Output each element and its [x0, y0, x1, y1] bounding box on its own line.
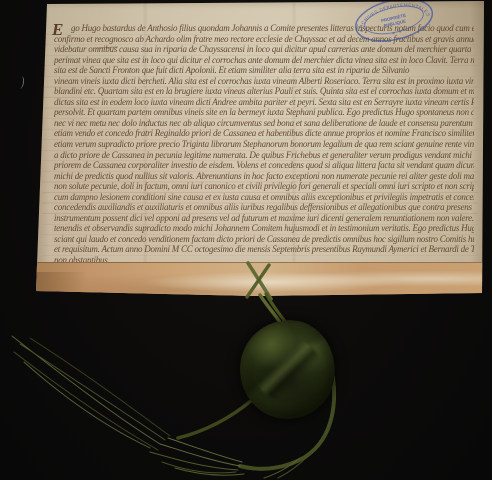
- manuscript-text: go Hugo bastardus de Anthosio filius quo…: [54, 23, 474, 269]
- manuscript-line: etiam vendo et concedo fratri Reginaldo …: [54, 128, 474, 139]
- tassel-strand: [30, 338, 170, 436]
- seal-relief-ridge: [250, 334, 326, 405]
- tassel-strand: [264, 458, 300, 478]
- tassel-strand: [175, 468, 244, 475]
- manuscript-line: persolvit. Et quartam partem omnibus vin…: [54, 107, 474, 118]
- manuscript-line: priorem de Cassanea corporaliter investi…: [54, 160, 474, 171]
- tassel-strand: [14, 352, 158, 450]
- cord-left-arc: [178, 400, 252, 438]
- tassel-strand: [278, 456, 308, 478]
- photo-background: E go Hugo bastardus de Anthosio filius q…: [0, 0, 492, 480]
- tassel-strand: [12, 336, 160, 444]
- manuscript-line: perimat vinea que sita est in loco qui d…: [54, 54, 474, 65]
- wax-seal: [234, 315, 340, 425]
- margin-mark: [15, 76, 24, 90]
- svg-text:★ · ★: ★ · ★: [391, 28, 403, 36]
- tassel-strand: [168, 438, 242, 462]
- manuscript-line: a dicto priore de Cassanea in pecunia le…: [54, 149, 474, 160]
- manuscript-line: non solute pecunie, doli in factum, omni…: [54, 181, 474, 192]
- tassel-strand: [20, 344, 165, 440]
- parchment-charter: E go Hugo bastardus de Anthosio filius q…: [34, 0, 486, 297]
- tassel-strand: [150, 452, 238, 470]
- manuscript-line: sita est de Sancti Fronton que fuit dict…: [54, 65, 474, 76]
- cord-left-arc-braid: [178, 400, 252, 438]
- manuscript-line: etiam verum supradicto priore precio Tri…: [54, 139, 474, 150]
- stamp-bottom-text: ★ · ★: [391, 28, 403, 36]
- manuscript-line: tenendis et observandis supradicto modo …: [54, 223, 474, 234]
- manuscript-line: et requisitum. Actum anno Domini M CC oc…: [54, 244, 474, 255]
- tassel-strand: [162, 462, 236, 473]
- manuscript-line: michi de predictis quod nullius sit valo…: [54, 170, 474, 181]
- manuscript-line: blandini etc. Quartam sita est en la bru…: [54, 86, 474, 97]
- manuscript-line: concedendis auxiliandis et auxiliaturis …: [54, 202, 474, 213]
- plica-left-shadow: [34, 272, 104, 297]
- tassel-strand: [160, 444, 240, 466]
- tassel-strand: [24, 362, 150, 448]
